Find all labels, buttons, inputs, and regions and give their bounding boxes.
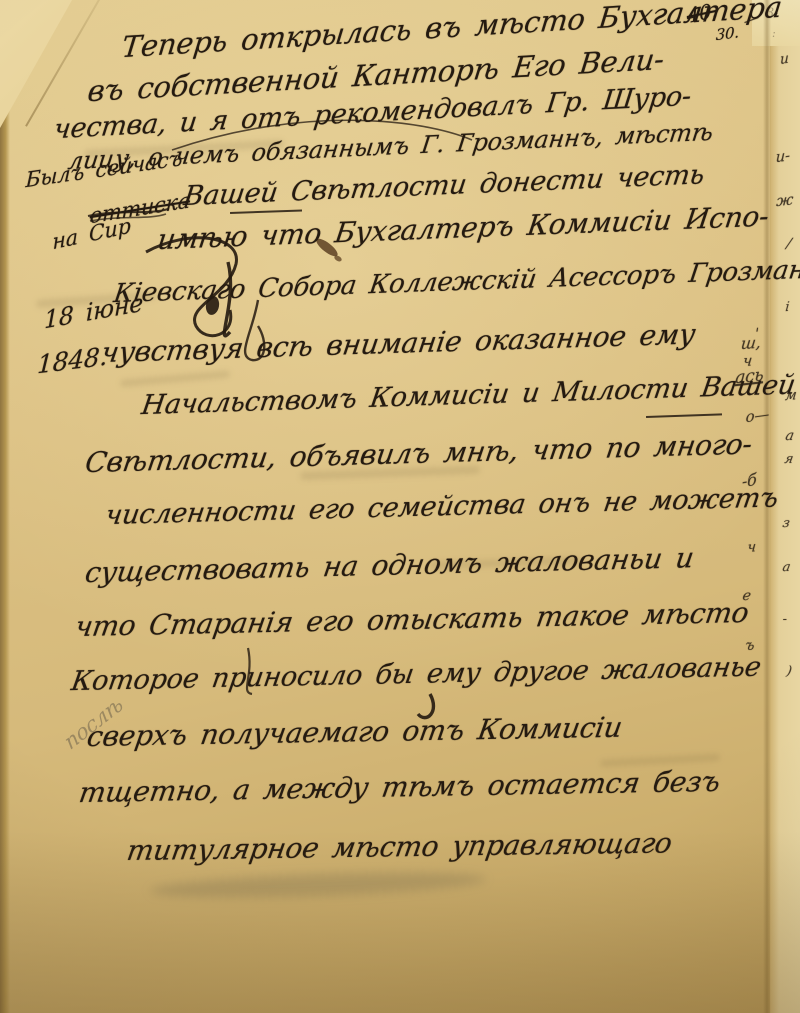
manuscript-photo: 40. 30. З- : 18 іюне 1848. послѣ Теперь … <box>0 0 800 1013</box>
photo-vignette <box>0 0 800 1013</box>
